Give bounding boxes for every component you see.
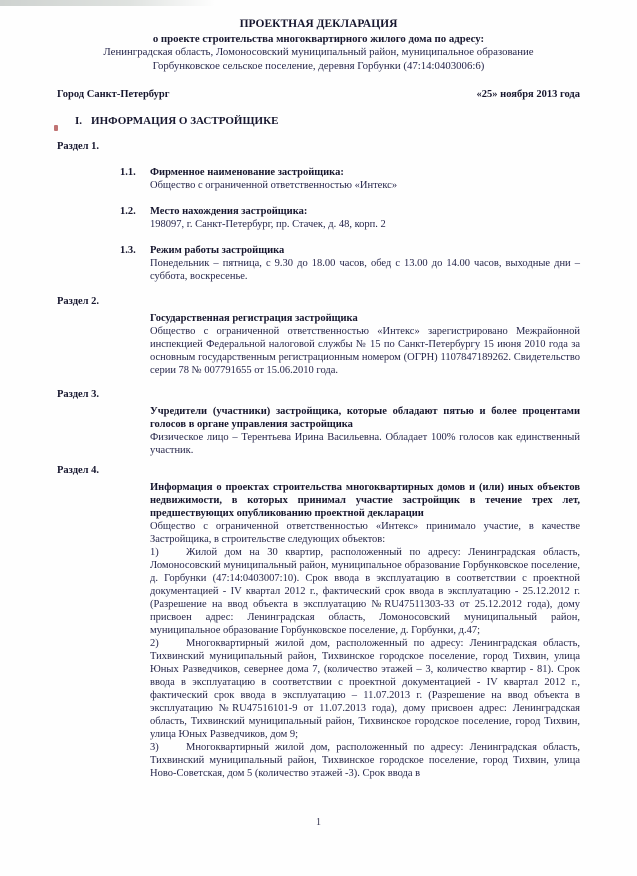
section-intro: Общество с ограниченной ответственностью… (150, 520, 580, 546)
chapter-heading: I.ИНФОРМАЦИЯ О ЗАСТРОЙЩИКЕ (57, 115, 580, 128)
object-number: 2) (150, 637, 186, 650)
section-label: Раздел 4. (57, 464, 580, 477)
object-item-3: 3)Многоквартирный жилой дом, расположенн… (150, 741, 580, 780)
city-label: Город Санкт-Петербург (57, 88, 170, 101)
object-number: 3) (150, 741, 186, 754)
city-date-row: Город Санкт-Петербург «25» ноября 2013 г… (57, 88, 580, 101)
object-text: Многоквартирный жилой дом, расположенный… (150, 742, 580, 779)
page-number: 1 (0, 816, 637, 829)
section-2: Раздел 2. Государственная регистрация за… (57, 295, 580, 377)
subsection-1-1: 1.1. Фирменное наименование застройщика:… (120, 166, 580, 192)
subsection-heading: Режим работы застройщика (150, 244, 580, 257)
object-item-1: 1)Жилой дом на 30 квартир, расположенный… (150, 546, 580, 637)
subsection-body: Общество с ограниченной ответственностью… (150, 179, 580, 192)
object-text: Многоквартирный жилой дом, расположенный… (150, 638, 580, 740)
object-text: Жилой дом на 30 квартир, расположенный п… (150, 547, 580, 636)
subsection-number: 1.2. (120, 205, 150, 231)
subsection-body: Понедельник – пятница, с 9.30 до 18.00 ч… (150, 257, 580, 283)
section-heading: Информация о проектах строительства мног… (150, 481, 580, 520)
scan-artifact-red-mark (54, 125, 58, 131)
section-heading: Государственная регистрация застройщика (150, 312, 580, 325)
doc-subtitle: о проекте строительства многоквартирного… (57, 32, 580, 46)
section-body: Общество с ограниченной ответственностью… (150, 325, 580, 377)
subsection-number: 1.3. (120, 244, 150, 283)
chapter-number: I. (75, 115, 82, 128)
address-line-1: Ленинградская область, Ломоносовский мун… (57, 46, 580, 60)
subsection-number: 1.1. (120, 166, 150, 192)
subsection-1-2: 1.2. Место нахождения застройщика: 19809… (120, 205, 580, 231)
date-label: «25» ноября 2013 года (477, 88, 580, 101)
doc-title: ПРОЕКТНАЯ ДЕКЛАРАЦИЯ (57, 17, 580, 32)
section-4: Раздел 4. Информация о проектах строител… (57, 464, 580, 780)
section-1: Раздел 1. 1.1. Фирменное наименование за… (57, 140, 580, 283)
address-line-2: Горбунковское сельское поселение, деревн… (57, 60, 580, 74)
section-3: Раздел 3. Учредители (участники) застрой… (57, 388, 580, 457)
section-label: Раздел 2. (57, 295, 580, 308)
section-heading: Учредители (участники) застройщика, кото… (150, 405, 580, 431)
section-label: Раздел 3. (57, 388, 580, 401)
chapter-title: ИНФОРМАЦИЯ О ЗАСТРОЙЩИКЕ (91, 115, 278, 127)
object-item-2: 2)Многоквартирный жилой дом, расположенн… (150, 637, 580, 741)
section-label: Раздел 1. (57, 140, 580, 153)
scan-artifact-strip (0, 0, 215, 6)
subsection-body: 198097, г. Санкт-Петербург, пр. Стачек, … (150, 218, 580, 231)
section-body: Физическое лицо – Терентьева Ирина Васил… (150, 431, 580, 457)
object-number: 1) (150, 546, 186, 559)
subsection-1-3: 1.3. Режим работы застройщика Понедельни… (120, 244, 580, 283)
subsection-heading: Фирменное наименование застройщика: (150, 166, 580, 179)
document-header: ПРОЕКТНАЯ ДЕКЛАРАЦИЯ о проекте строитель… (57, 17, 580, 73)
subsection-heading: Место нахождения застройщика: (150, 205, 580, 218)
document-page: ПРОЕКТНАЯ ДЕКЛАРАЦИЯ о проекте строитель… (0, 0, 637, 876)
